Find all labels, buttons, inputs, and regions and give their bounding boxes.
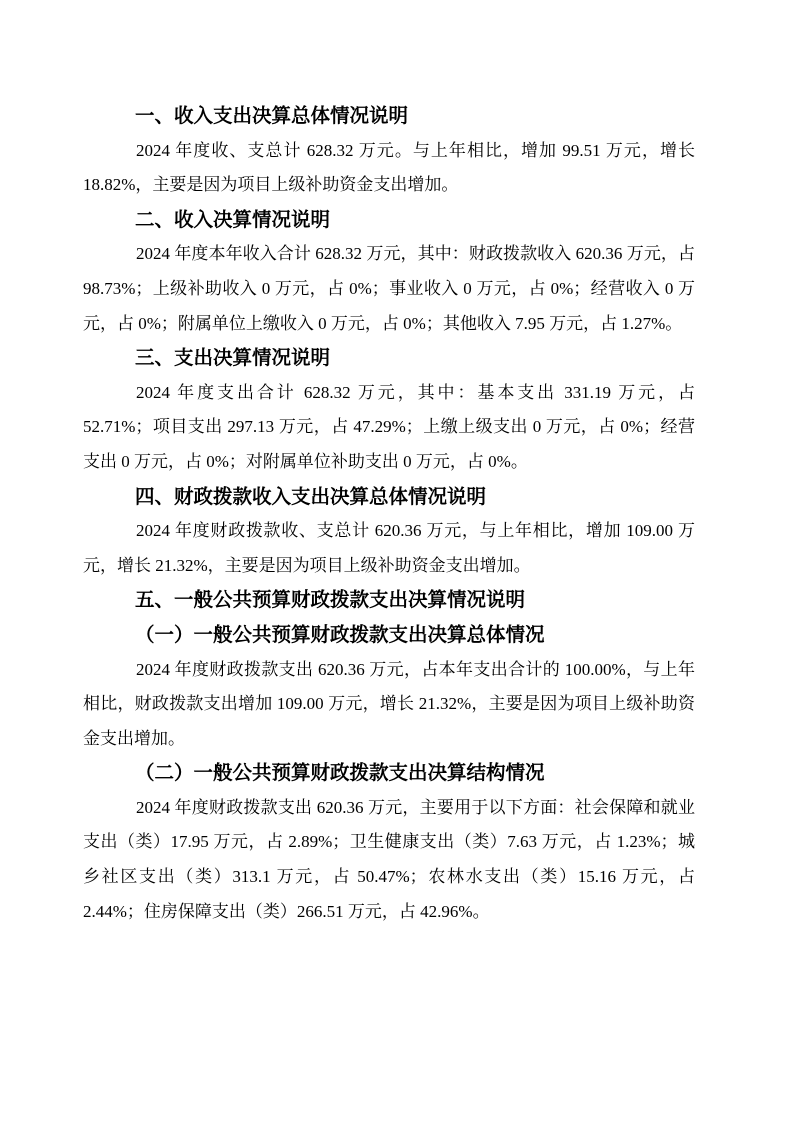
heading-section-2: 二、收入决算情况说明: [83, 203, 695, 238]
paragraph-section-1: 2024 年度收、支总计 628.32 万元。与上年相比，增加 99.51 万元…: [83, 134, 695, 203]
paragraph-section-4: 2024 年度财政拨款收、支总计 620.36 万元，与上年相比，增加 109.…: [83, 514, 695, 583]
paragraph-section-5-1: 2024 年度财政拨款支出 620.36 万元，占本年支出合计的 100.00%…: [83, 653, 695, 757]
paragraph-section-3: 2024 年度支出合计 628.32 万元，其中：基本支出 331.19 万元，…: [83, 376, 695, 480]
document-content: 一、收入支出决算总体情况说明 2024 年度收、支总计 628.32 万元。与上…: [83, 99, 695, 929]
paragraph-section-5-2: 2024 年度财政拨款支出 620.36 万元，主要用于以下方面：社会保障和就业…: [83, 791, 695, 929]
paragraph-section-2: 2024 年度本年收入合计 628.32 万元，其中：财政拨款收入 620.36…: [83, 237, 695, 341]
heading-section-3: 三、支出决算情况说明: [83, 341, 695, 376]
heading-section-4: 四、财政拨款收入支出决算总体情况说明: [83, 480, 695, 515]
subheading-section-5-2: （二）一般公共预算财政拨款支出决算结构情况: [83, 756, 695, 791]
document-page: 一、收入支出决算总体情况说明 2024 年度收、支总计 628.32 万元。与上…: [0, 0, 793, 1122]
heading-section-5: 五、一般公共预算财政拨款支出决算情况说明: [83, 583, 695, 618]
subheading-section-5-1: （一）一般公共预算财政拨款支出决算总体情况: [83, 618, 695, 653]
heading-section-1: 一、收入支出决算总体情况说明: [83, 99, 695, 134]
